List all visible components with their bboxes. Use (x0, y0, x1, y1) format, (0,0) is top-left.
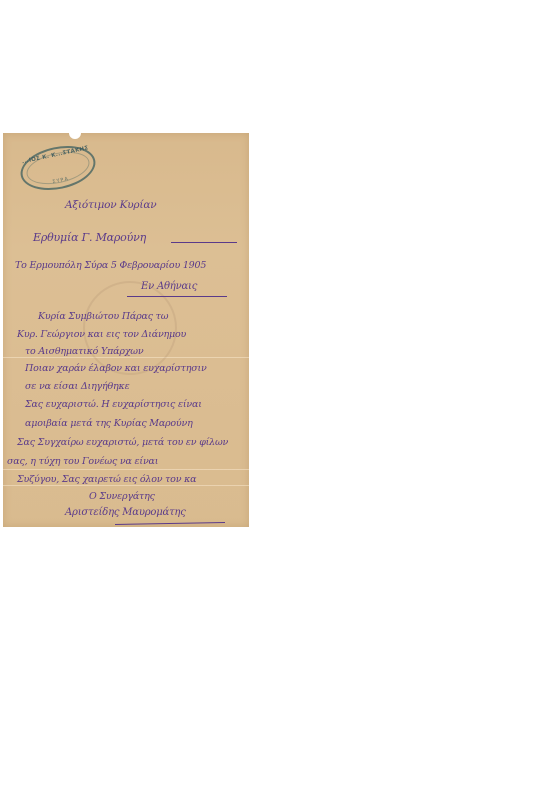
body-line: Κυρία Συμβιώτου Πάρας τω (38, 311, 168, 322)
recipient-name: Ερθυμία Γ. Μαρούνη (33, 231, 146, 244)
body-line: Σας Συγχαίρω ευχαριστώ, μετά του εν φίλω… (17, 437, 228, 448)
ink-stamp: ...ΙΟΣ Κ. Κ...ΣΤΑΚΗΣ ΣΥΡΑ (16, 140, 99, 197)
body-line: σας, η τύχη του Γονέως να είναι (7, 456, 158, 467)
closing-line: Ο Συνεργάτης (89, 491, 155, 502)
paper-notch (69, 133, 81, 139)
body-line: Σας ευχαριστώ. Η ευχαρίστησις είναι (25, 399, 202, 410)
body-line: σε να είσαι Διηγήθηκε (25, 381, 129, 392)
letter-paper: ...ΙΟΣ Κ. Κ...ΣΤΑΚΗΣ ΣΥΡΑ Αξιότιμον Κυρί… (3, 133, 249, 527)
body-line: Συζύγου, Σας χαιρετώ εις όλον τον κα (17, 474, 196, 485)
signature-underline (115, 522, 225, 525)
name-underline-flourish (171, 242, 237, 243)
page-background: ...ΙΟΣ Κ. Κ...ΣΤΑΚΗΣ ΣΥΡΑ Αξιότιμον Κυρί… (0, 0, 549, 800)
destination-line: Εν Αθήναις (141, 281, 197, 292)
fold-crease (3, 485, 249, 486)
fold-crease (3, 469, 249, 470)
salutation-line: Αξιότιμον Κυρίαν (65, 199, 156, 211)
body-line: το Αισθηματικό Υπάρχων (25, 346, 143, 357)
body-line: αμοιβαία μετά της Κυρίας Μαρούνη (25, 418, 193, 429)
signature: Αριστείδης Μαυρομάτης (65, 507, 186, 518)
body-line: Ποιαν χαράν έλαβον και ευχαρίστησιν (25, 363, 207, 374)
body-line: Κυρ. Γεώργιον και εις τον Διάνημου (17, 329, 186, 340)
destination-underline (127, 296, 227, 297)
place-date-line: Το Ερμουπόλη Σύρα 5 Φεβρουαρίου 1905 (15, 260, 206, 271)
